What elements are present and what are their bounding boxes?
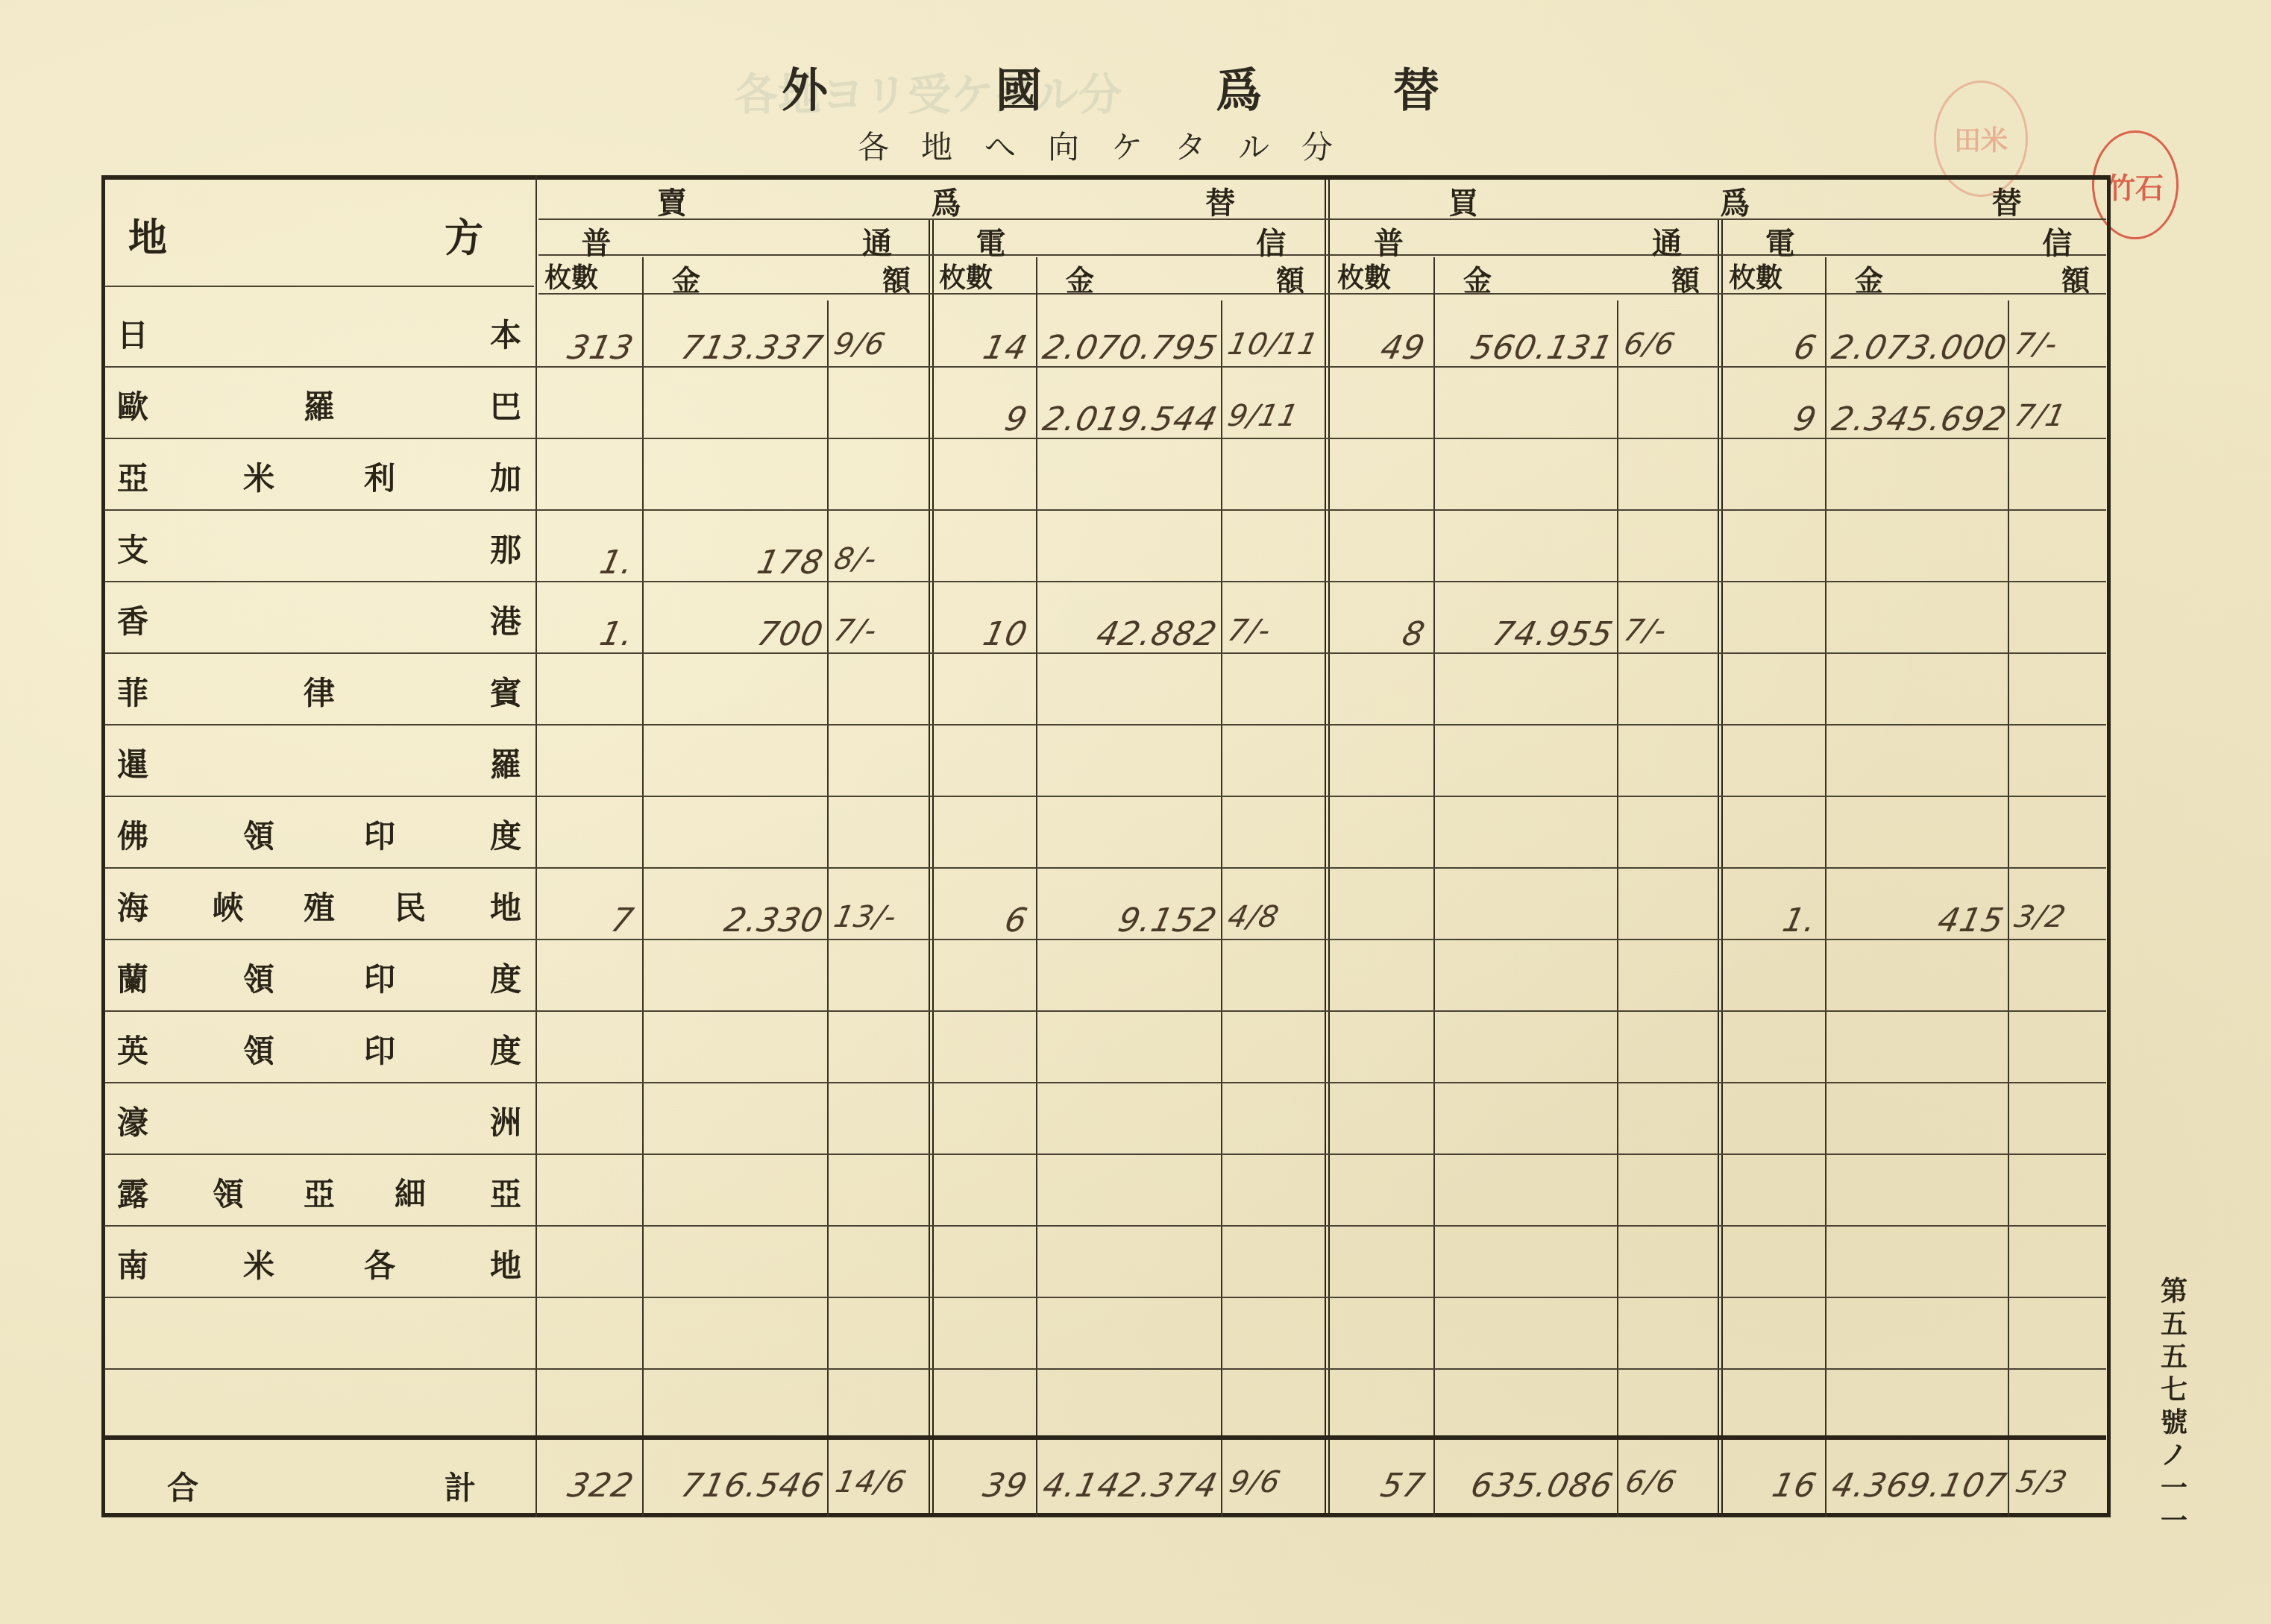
region-label-char: 領: [243, 955, 274, 1000]
region-label-char: 本: [490, 311, 521, 356]
total-count: 39: [934, 1467, 1031, 1505]
total-count: 322: [539, 1467, 638, 1505]
cell-fraction: 10/11: [1225, 327, 1322, 362]
group-header-char: 普: [1374, 220, 1404, 262]
row-divider: [104, 867, 2106, 869]
region-header-char: 方: [445, 207, 483, 262]
region-label-char: 亞: [117, 454, 148, 499]
column-header-amount-suffix: 額: [882, 257, 911, 298]
region-label-char: 南: [117, 1241, 148, 1286]
section-header-char: 替: [1992, 180, 2022, 222]
column-header-amount: 金: [1066, 257, 1094, 298]
cell-count: 1.: [542, 544, 638, 582]
row-divider: [104, 796, 2106, 797]
total-count: 57: [1332, 1467, 1429, 1505]
region-label-char: 菲: [117, 669, 148, 714]
region-label-char: 印: [364, 812, 395, 857]
region-label-char: 領: [213, 1170, 244, 1215]
region-label-char: 律: [304, 669, 335, 714]
title-char: 外: [782, 54, 828, 120]
cell-amount: 74.955: [1437, 615, 1617, 653]
row-divider: [104, 939, 2106, 940]
total-count: 16: [1724, 1467, 1821, 1505]
region-label-char: 地: [490, 1241, 521, 1286]
cell-fraction: 7/-: [831, 614, 880, 648]
cell-fraction: 9/6: [831, 327, 888, 362]
cell-count: 10: [937, 615, 1031, 653]
group-header-char: 通: [1652, 220, 1682, 262]
cell-amount: 2.073.000: [1829, 329, 2008, 367]
cell-count: 8: [1335, 615, 1429, 653]
title-char: 爲: [1216, 54, 1262, 120]
row-divider: [104, 1154, 2106, 1155]
amount-fraction-divider: [827, 300, 829, 1517]
column-header-amount: 金: [672, 257, 700, 298]
region-label-char: 亞: [490, 1170, 521, 1215]
group-header-char: 電: [1765, 220, 1795, 262]
cell-amount: 713.337: [646, 329, 827, 367]
region-label-char: 細: [395, 1170, 426, 1215]
column-header-count: 枚數: [939, 257, 993, 295]
column-header-amount-suffix: 額: [1276, 257, 1304, 298]
region-label-char: 歐: [117, 383, 148, 427]
section-header-char: 替: [1205, 180, 1235, 222]
row-divider: [104, 1082, 2106, 1083]
region-label-char: 度: [490, 955, 521, 1000]
title-char: 替: [1393, 54, 1439, 120]
region-label-char: 亞: [304, 1170, 335, 1215]
row-divider: [104, 1010, 2106, 1012]
page-title: 外 國 爲 替: [0, 54, 2271, 121]
total-divider: [104, 1435, 2106, 1440]
table-left-border: [101, 175, 105, 1517]
row-divider: [104, 1225, 2106, 1227]
page-number-char: 第: [2159, 1275, 2189, 1308]
region-label-char: 洲: [490, 1098, 521, 1143]
subtitle-char: 分: [1301, 123, 1333, 168]
region-header-char: 地: [128, 207, 167, 262]
section-header-char: 買: [1448, 180, 1478, 222]
row-divider: [104, 724, 2106, 726]
page-number-vertical: 第 五 五 七 號 ノ 一 一: [2159, 1275, 2189, 1538]
subtitle-char: 地: [921, 123, 952, 168]
group-header-char: 信: [1256, 220, 1286, 262]
page-number-char: 七: [2159, 1373, 2189, 1406]
count-amount-divider: [1825, 257, 1826, 1517]
column-header-amount: 金: [1463, 257, 1492, 298]
cell-count: 7: [542, 901, 638, 940]
subtitle-char: タ: [1175, 123, 1206, 168]
page-number-char: 五: [2159, 1308, 2189, 1341]
count-amount-divider: [1433, 257, 1435, 1517]
region-label-char: 地: [490, 884, 521, 928]
cell-count: 1.: [542, 615, 638, 653]
region-label-char: 米: [243, 1241, 274, 1286]
column-header-count: 枚數: [544, 257, 598, 295]
page-number-char: 五: [2159, 1341, 2189, 1373]
total-fraction: 6/6: [1622, 1465, 1680, 1499]
row-divider: [104, 366, 2106, 368]
region-label-char: 度: [490, 812, 521, 857]
region-label-char: 蘭: [117, 955, 148, 1000]
cell-count: 1.: [1727, 901, 1821, 940]
row-divider: [104, 1297, 2106, 1298]
cell-amount: 700: [646, 615, 827, 653]
region-label-char: 暹: [117, 740, 148, 785]
cell-count: 49: [1335, 329, 1429, 367]
region-label-char: 那: [490, 526, 521, 570]
count-amount-divider: [642, 257, 644, 1517]
region-label-char: 佛: [117, 812, 148, 857]
column-header-amount-suffix: 額: [1671, 257, 1700, 298]
subtitle-char: ケ: [1111, 123, 1143, 168]
cell-amount: 2.330: [646, 901, 827, 940]
region-label-char: 峽: [213, 884, 244, 928]
column-header-count: 枚數: [1337, 257, 1391, 295]
region-label-char: 羅: [490, 740, 521, 785]
column-header-amount: 金: [1855, 257, 1883, 298]
page-number-char: ノ: [2159, 1439, 2189, 1472]
amount-fraction-divider: [1221, 300, 1222, 1517]
cell-fraction: 9/11: [1225, 399, 1302, 433]
group-header-char: 通: [862, 220, 892, 262]
cell-fraction: 7/1: [2011, 399, 2069, 433]
cell-fraction: 13/-: [831, 900, 900, 934]
cell-amount: 178: [646, 544, 827, 582]
table-top-border: [101, 175, 2111, 180]
region-label-char: 米: [243, 454, 274, 499]
row-divider: [104, 652, 2106, 654]
region-label-char: 度: [490, 1027, 521, 1071]
row-divider: [104, 509, 2106, 511]
title-char: 國: [996, 54, 1042, 120]
row-divider: [104, 1368, 2106, 1370]
subtitle-char: へ: [984, 123, 1016, 168]
region-label-char: 日: [117, 311, 148, 356]
table-right-border: [2107, 175, 2111, 1517]
group-header-char: 普: [582, 220, 612, 262]
cell-fraction: 7/-: [2011, 327, 2061, 362]
region-label-char: 濠: [117, 1098, 148, 1143]
column-header-amount-suffix: 額: [2061, 257, 2090, 298]
cell-amount: 560.131: [1437, 329, 1617, 367]
section-header-char: 賣: [657, 180, 687, 222]
region-label-char: 海: [117, 884, 148, 928]
count-amount-divider: [1036, 257, 1037, 1517]
column-header-count: 枚數: [1729, 257, 1782, 295]
region-label-char: 印: [364, 955, 395, 1000]
total-amount: 635.086: [1437, 1467, 1617, 1505]
cell-fraction: 7/-: [1621, 614, 1670, 648]
page-number-char: 一: [2159, 1505, 2189, 1538]
region-label-char: 羅: [304, 383, 335, 427]
group-header-char: 信: [2042, 220, 2072, 262]
cell-count: 9: [1727, 400, 1821, 438]
region-column-divider: [535, 175, 537, 1517]
cell-count: 6: [1727, 329, 1821, 367]
page-subtitle: 各 地 へ 向 ケ タ ル 分: [858, 123, 1380, 168]
cell-amount: 2.070.795: [1040, 329, 1221, 367]
region-label-char: 領: [243, 812, 274, 857]
page-number-char: 一: [2159, 1472, 2189, 1505]
region-label-char: 露: [117, 1170, 148, 1215]
region-label-char: 香: [117, 597, 148, 642]
region-label-char: 殖: [304, 884, 335, 928]
total-amount: 716.546: [646, 1467, 827, 1505]
region-label-char: 加: [490, 454, 521, 499]
page-number-char: 號: [2159, 1406, 2189, 1439]
amount-fraction-divider: [2008, 300, 2009, 1517]
cell-fraction: 6/6: [1621, 327, 1678, 362]
group-header-char: 電: [976, 220, 1005, 262]
cell-amount: 9.152: [1040, 901, 1221, 940]
cell-count: 6: [937, 901, 1031, 940]
cell-fraction: 7/-: [1225, 614, 1274, 648]
total-fraction: 9/6: [1226, 1465, 1284, 1499]
total-label-char: 合: [167, 1464, 198, 1508]
region-label-char: 印: [364, 1027, 395, 1071]
buy-group-divider: [1718, 220, 1723, 1517]
cell-amount: 2.019.544: [1040, 400, 1221, 438]
region-label-char: 港: [490, 597, 521, 642]
total-amount: 4.369.107: [1829, 1467, 2008, 1505]
section-header-char: 爲: [932, 180, 961, 222]
cell-amount: 415: [1829, 901, 2008, 940]
sell-group-divider: [929, 220, 934, 1517]
table-bottom-border: [101, 1513, 2111, 1517]
cell-count: 14: [937, 329, 1031, 367]
total-label-char: 計: [445, 1464, 476, 1508]
header-line-1: [538, 218, 2106, 220]
region-header-bottom: [104, 286, 534, 287]
cell-count: 9: [937, 400, 1031, 438]
exchange-table: 地方賣爲替普通枚數金額電信枚數金額買爲替普通枚數金額電信枚數金額日本313713…: [101, 175, 2111, 1517]
subtitle-char: 各: [858, 123, 889, 168]
total-amount: 4.142.374: [1040, 1467, 1221, 1505]
subtitle-char: ル: [1238, 123, 1269, 168]
section-header-char: 爲: [1720, 180, 1750, 222]
row-divider: [104, 581, 2106, 582]
region-label-char: 英: [117, 1027, 148, 1071]
cell-fraction: 8/-: [831, 542, 880, 576]
total-fraction: 14/6: [832, 1465, 910, 1499]
cell-fraction: 4/8: [1225, 900, 1282, 934]
cell-amount: 42.882: [1040, 615, 1221, 653]
sell-buy-divider: [1325, 175, 1330, 1517]
amount-fraction-divider: [1617, 300, 1618, 1517]
cell-count: 313: [542, 329, 638, 367]
region-label-char: 巴: [490, 383, 521, 427]
row-divider: [104, 438, 2106, 439]
region-label-char: 領: [243, 1027, 274, 1071]
subtitle-char: 向: [1048, 123, 1079, 168]
total-fraction: 5/3: [2013, 1465, 2070, 1499]
cell-fraction: 3/2: [2011, 900, 2069, 934]
cell-amount: 2.345.692: [1829, 400, 2008, 438]
region-label-char: 各: [364, 1241, 395, 1286]
region-label-char: 民: [395, 884, 426, 928]
region-label-char: 賓: [490, 669, 521, 714]
region-label-char: 利: [364, 454, 395, 499]
header-line-2: [538, 254, 2106, 256]
region-label-char: 支: [117, 526, 148, 570]
